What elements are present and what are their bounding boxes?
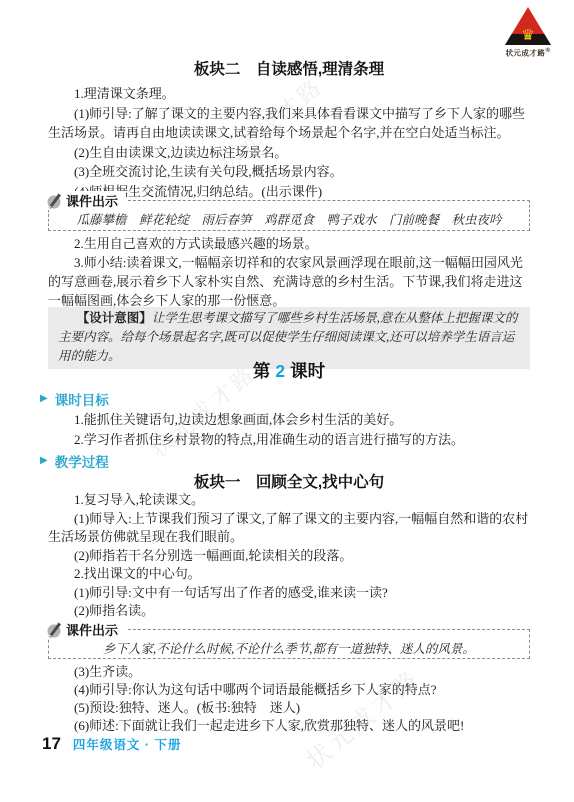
lesson-title-suffix: 课时 bbox=[290, 361, 325, 381]
courseware-label: 课件出示 bbox=[46, 191, 126, 210]
courseware-label-text: 课件出示 bbox=[66, 620, 118, 639]
courseware-box-1: 课件出示 瓜藤攀檐 鲜花轮绽 雨后春笋 鸡群觅食 鸭子戏水 门前晚餐 秋虫夜吟 bbox=[48, 200, 530, 231]
section-title-block1: 板块一 回顾全文,找中心句 bbox=[48, 470, 530, 492]
goal-item: 1.能抓住关键语句,边读边想象画面,体会乡村生活的美好。 bbox=[48, 411, 530, 429]
goals-heading-text: 课时目标 bbox=[55, 389, 109, 409]
goals-heading: ▶ 课时目标 bbox=[40, 389, 522, 409]
process-heading-text: 教学过程 bbox=[55, 451, 109, 471]
courseware-box-2: 课件出示 乡下人家,不论什么时候,不论什么季节,都有一道独特、迷人的风景。 bbox=[48, 629, 530, 659]
process-heading: ▶ 教学过程 bbox=[40, 451, 522, 471]
lesson-title: 第2课时 bbox=[48, 358, 530, 383]
paragraph: (1)师引导:文中有一句话写出了作者的感受,谁来读一读? bbox=[48, 584, 530, 603]
design-intent-label: 【设计意图】 bbox=[77, 311, 152, 325]
arrow-right-icon: ▶ bbox=[40, 456, 48, 466]
paragraph: 3.师小结:读着课文,一幅幅亲切祥和的农家风景画浮现在眼前,这一幅幅田园风光的写… bbox=[48, 253, 530, 310]
lesson-title-prefix: 第 bbox=[253, 361, 271, 381]
courseware-label: 课件出示 bbox=[46, 620, 126, 639]
paragraph: (1)师引导:了解了课文的主要内容,我们来具体看看课文中描写了乡下人家的哪些生活… bbox=[48, 104, 530, 143]
page-footer: 17 四年级语文 · 下册 bbox=[42, 734, 182, 754]
goal-item: 2.学习作者抓住乡村景物的特点,用准确生动的语言进行描写的方法。 bbox=[48, 431, 530, 449]
lesson-number: 2 bbox=[275, 361, 285, 381]
brand-logo-icon: ♛ bbox=[505, 7, 551, 45]
paragraph-group-3: 1.复习导入,轮读课文。 (1)师导入:上节课我们预习了课文,了解了课文的主要内… bbox=[48, 491, 530, 621]
paragraph: (3)生齐读。 bbox=[48, 663, 530, 681]
paragraph: 1.理清课文条理。 bbox=[48, 84, 530, 104]
brand-logo: ♛ 状元成才路® bbox=[498, 7, 558, 59]
paragraph-group-4: (3)生齐读。 (4)师引导:你认为这句话中哪两个词语最能概括乡下人家的特点? … bbox=[48, 663, 530, 735]
paragraph: 1.复习导入,轮读课文。 bbox=[48, 491, 530, 510]
paragraph-group-1: 1.理清课文条理。 (1)师引导:了解了课文的主要内容,我们来具体看看课文中描写… bbox=[48, 84, 530, 201]
page-number: 17 bbox=[42, 734, 61, 754]
paragraph: (2)师指名读。 bbox=[48, 602, 530, 621]
book-page: 状元成才路 状元成才路 状元成才路 ♛ 状元成才路® 板块二 自读感悟,理清条理… bbox=[0, 0, 574, 802]
paragraph: (2)生自由读课文,边读边标注场景名。 bbox=[48, 143, 530, 163]
paragraph: (4)师引导:你认为这句话中哪两个词语最能概括乡下人家的特点? bbox=[48, 681, 530, 699]
paragraph: 2.生用自己喜欢的方式读最感兴趣的场景。 bbox=[48, 234, 530, 253]
pen-icon bbox=[46, 192, 63, 209]
paragraph: (6)师述:下面就让我们一起走进乡下人家,欣赏那独特、迷人的风景吧! bbox=[48, 717, 530, 735]
section-title-block2: 板块二 自读感悟,理清条理 bbox=[48, 57, 530, 79]
pen-icon bbox=[46, 621, 63, 638]
crown-icon: ♛ bbox=[521, 28, 534, 43]
paragraph: (3)全班交流讨论,生读有关句段,概括场景内容。 bbox=[48, 162, 530, 182]
paragraph: 2.找出课文的中心句。 bbox=[48, 565, 530, 584]
paragraph: (2)师指若干名分别选一幅画面,轮读相关的段落。 bbox=[48, 547, 530, 566]
paragraph: (5)预设:独特、迷人。(板书:独特 迷人) bbox=[48, 699, 530, 717]
arrow-right-icon: ▶ bbox=[40, 394, 48, 404]
paragraph-group-2: 2.生用自己喜欢的方式读最感兴趣的场景。 3.师小结:读着课文,一幅幅亲切祥和的… bbox=[48, 234, 530, 310]
paragraph: (1)师导入:上节课我们预习了课文,了解了课文的主要内容,一幅幅自然和谐的农村生… bbox=[48, 510, 530, 547]
book-title: 四年级语文 · 下册 bbox=[73, 735, 182, 753]
courseware-label-text: 课件出示 bbox=[66, 191, 118, 210]
